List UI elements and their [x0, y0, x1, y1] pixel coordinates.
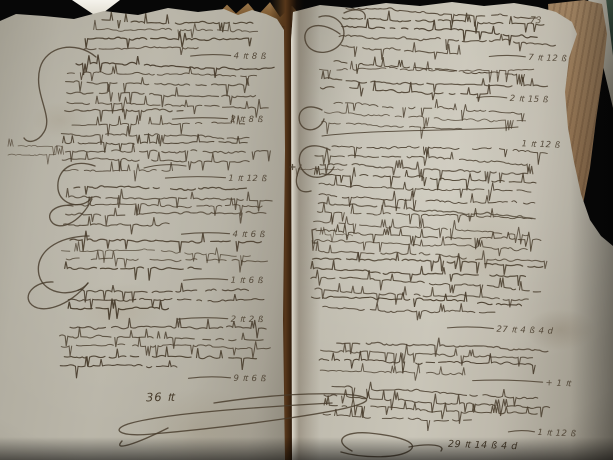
manuscript-paragraph: 1 ₶ 12 ß	[323, 380, 579, 439]
entry-sum-amount: 4 ₶ 6 ß	[232, 230, 265, 240]
sum-dash	[188, 377, 230, 379]
manuscript-paragraph: 2 ₶ 15 ß	[318, 55, 550, 106]
script-line	[67, 84, 256, 109]
right-signature-loop	[341, 433, 412, 457]
entry-sum-amount: 9 ₶ 6 ß	[233, 374, 266, 384]
right-signature-tail	[409, 445, 442, 451]
script-line	[74, 185, 246, 196]
script-line	[341, 16, 537, 46]
entry-sum-amount: 27 ₶ 4 ß 4 d	[496, 325, 554, 337]
script-line	[61, 241, 250, 266]
sum-dash	[178, 317, 228, 319]
left-interlinear-underline	[144, 165, 186, 168]
manuscript-paragraph: 4 ₶ 8 ß	[84, 12, 268, 62]
script-line	[321, 121, 462, 140]
script-line	[324, 395, 538, 426]
entry-sum-amount: 4 ₶ 8 ß	[234, 52, 267, 62]
sum-dash	[473, 379, 543, 383]
right-capital-flourish	[305, 16, 344, 53]
manuscript-paragraph: 9 ₶ 6 ß	[59, 317, 270, 385]
script-line	[60, 356, 177, 379]
script-line	[61, 125, 255, 147]
script-line	[66, 250, 267, 273]
script-line	[84, 46, 198, 55]
left-signature-tail	[120, 428, 168, 446]
right-underline-swash	[322, 127, 518, 136]
script-line	[345, 6, 537, 29]
entry-sum-amount: 1 ₶ 12 ß	[537, 428, 576, 439]
entry-sum-amount: 2 ₶ 15 ß	[510, 94, 549, 105]
script-line	[320, 360, 465, 383]
sum-dash	[172, 117, 227, 119]
script-line	[324, 388, 550, 418]
sum-dash	[447, 326, 493, 329]
script-line	[341, 40, 461, 63]
script-line	[65, 262, 202, 282]
right-capital-flourish	[299, 107, 324, 130]
sum-dash	[191, 54, 231, 56]
script-line	[320, 78, 490, 102]
entry-sum-amount: 1 ₶ 12 ß	[228, 174, 267, 184]
sum-dash	[184, 278, 228, 280]
manuscript-paragraph: 2 ₶ 8 ß	[65, 54, 275, 125]
script-line	[342, 8, 544, 36]
manuscript-paragraph: 7 ₶ 12 ß	[338, 6, 569, 67]
manuscript-paragraph: 2 ₶ 2 ß	[68, 282, 269, 325]
sum-dash	[477, 96, 507, 99]
margin-cross-mark	[290, 165, 295, 170]
script-line	[312, 232, 528, 259]
script-line	[314, 282, 528, 309]
sum-dash	[489, 55, 525, 58]
right-capital-flourish	[344, 10, 365, 19]
sum-dash	[165, 176, 225, 178]
manuscript-photo: 4 ₶ 8 ß2 ₶ 8 ß1 ₶ 12 ß4 ₶ 6 ß1 ₶ 6 ß2 ₶ …	[0, 0, 613, 460]
manuscript-paragraph: 1 ₶ 12 ß	[61, 113, 271, 184]
script-line	[65, 108, 183, 123]
entry-sum-amount: 1 ₶ 6 ß	[231, 276, 264, 286]
entry-sum-amount: 2 ₶ 8 ß	[230, 115, 263, 125]
handwriting-layer: 4 ₶ 8 ß2 ₶ 8 ß1 ₶ 12 ß4 ₶ 6 ß1 ₶ 6 ß2 ₶ …	[0, 0, 613, 460]
sum-dash	[182, 232, 230, 234]
script-line	[321, 70, 547, 97]
left-margin-flourish	[38, 236, 89, 293]
entry-sum-amount: 1 ₶ 12 ß	[521, 139, 560, 150]
script-line	[319, 58, 539, 87]
script-line	[64, 216, 170, 235]
margin-note-script	[8, 139, 63, 156]
manuscript-paragraph: 27 ₶ 4 ß 4 d	[309, 141, 561, 336]
entry-sum-amount: 7 ₶ 12 ß	[528, 53, 567, 64]
sum-dash	[508, 430, 534, 433]
script-line	[322, 298, 495, 323]
script-line	[332, 142, 548, 165]
script-line	[66, 188, 272, 211]
manuscript-paragraph: + 1 ₶	[318, 333, 574, 389]
entry-sum-amount: 2 ₶ 2 ß	[231, 315, 264, 325]
manuscript-paragraph: 4 ₶ 6 ß	[63, 185, 272, 240]
left-margin-flourish	[28, 282, 88, 309]
script-line	[323, 406, 472, 432]
entry-sum-amount: + 1 ₶	[545, 378, 572, 389]
